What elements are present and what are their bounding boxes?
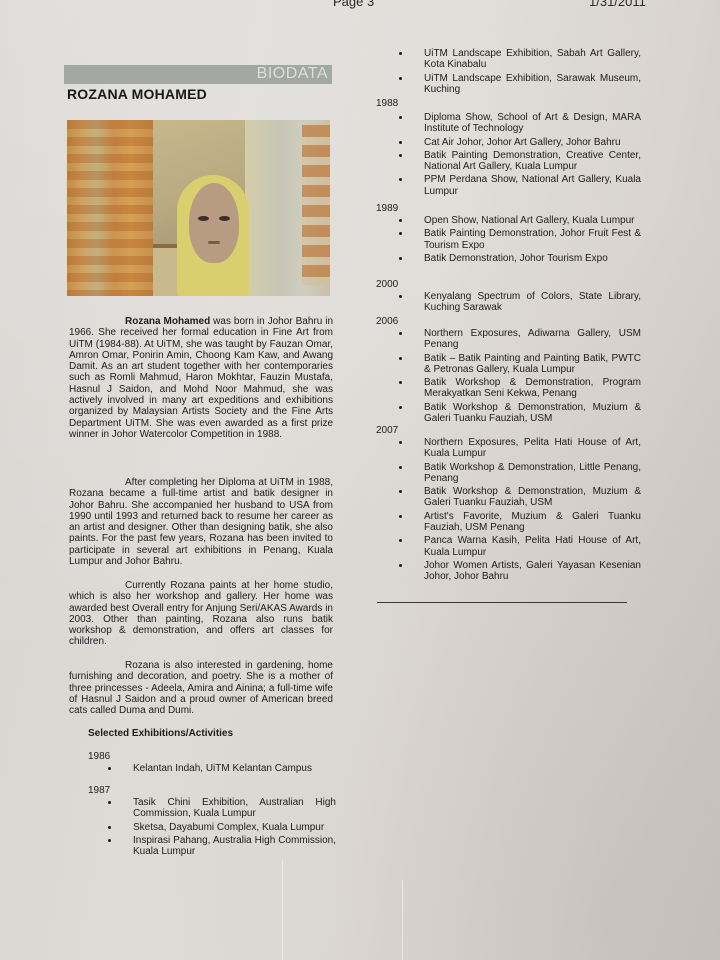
exhibition-item: UiTM Landscape Exhibition, Sarawak Museu… — [424, 73, 641, 96]
exhibition-item: Sketsa, Dayabumi Complex, Kuala Lumpur — [133, 822, 336, 833]
print-date: 1/31/2011 — [589, 0, 646, 9]
exhibition-item: Kenyalang Spectrum of Colors, State Libr… — [424, 291, 641, 314]
exhibition-item: Johor Women Artists, Galeri Yayasan Kese… — [424, 560, 641, 583]
exhibition-item: Inspirasi Pahang, Australia High Commiss… — [133, 835, 336, 858]
exhibitions-heading: Selected Exhibitions/Activities — [88, 728, 233, 739]
exhibition-year: 1987 — [88, 785, 110, 796]
exhibition-item: Batik Workshop & Demonstration, Muzium &… — [424, 486, 641, 509]
bio-name: Rozana Mohamed — [125, 316, 210, 327]
exhibition-items: Kenyalang Spectrum of Colors, State Libr… — [424, 291, 641, 316]
artist-name: ROZANA MOHAMED — [67, 86, 207, 102]
photo-face — [189, 183, 239, 263]
banner-label: BIODATA — [257, 65, 328, 83]
photo-curtain-left — [67, 120, 153, 296]
photo-eye — [219, 216, 230, 221]
exhibition-items: Northern Exposures, Pelita Hati House of… — [424, 437, 641, 585]
exhibition-item: UiTM Landscape Exhibition, Sabah Art Gal… — [424, 48, 641, 71]
exhibition-item: Artist's Favorite, Muzium & Galeri Tuank… — [424, 511, 641, 534]
exhibition-item: Northern Exposures, Pelita Hati House of… — [424, 437, 641, 460]
exhibition-item: Open Show, National Art Gallery, Kuala L… — [424, 215, 641, 226]
exhibition-item: Batik Demonstration, Johor Tourism Expo — [424, 253, 641, 264]
artist-photo — [67, 120, 330, 296]
exhibition-items: Diploma Show, School of Art & Design, MA… — [424, 112, 641, 199]
exhibition-items: Northern Exposures, Adiwarna Gallery, US… — [424, 328, 641, 426]
exhibition-items: Open Show, National Art Gallery, Kuala L… — [424, 215, 641, 266]
exhibition-items: Tasik Chini Exhibition, Australian High … — [133, 797, 336, 859]
exhibition-item: Batik Workshop & Demonstration, Little P… — [424, 462, 641, 485]
exhibition-items: UiTM Landscape Exhibition, Sabah Art Gal… — [424, 48, 641, 97]
exhibition-item: Tasik Chini Exhibition, Australian High … — [133, 797, 336, 820]
section-divider — [377, 602, 627, 603]
exhibition-item: PPM Perdana Show, National Art Gallery, … — [424, 174, 641, 197]
exhibition-item: Panca Warna Kasih, Pelita Hati House of … — [424, 535, 641, 558]
exhibition-item: Batik Painting Demonstration, Creative C… — [424, 150, 641, 173]
exhibition-year: 2006 — [376, 316, 398, 327]
bio-text: Currently Rozana paints at her home stud… — [69, 580, 333, 648]
exhibition-item: Batik Workshop & Demonstration, Program … — [424, 377, 641, 400]
exhibition-item: Batik Workshop & Demonstration, Muzium &… — [424, 402, 641, 425]
photo-curtain-right — [302, 125, 330, 285]
exhibition-item: Diploma Show, School of Art & Design, MA… — [424, 112, 641, 135]
exhibition-year: 1988 — [376, 98, 398, 109]
paper-crease — [402, 880, 403, 960]
page-number: Page 3 — [333, 0, 374, 9]
exhibition-item: Batik Painting Demonstration, Johor Frui… — [424, 228, 641, 251]
exhibition-items: Kelantan Indah, UiTM Kelantan Campus — [133, 763, 336, 776]
exhibition-year: 2000 — [376, 279, 398, 290]
photo-eye — [198, 216, 209, 221]
exhibition-item: Kelantan Indah, UiTM Kelantan Campus — [133, 763, 336, 774]
paper-crease — [282, 860, 283, 960]
bio-paragraph-4: Rozana is also interested in gardening, … — [69, 660, 333, 716]
exhibition-item: Northern Exposures, Adiwarna Gallery, US… — [424, 328, 641, 351]
bio-text: was born in Johor Bahru in 1966. She rec… — [69, 316, 333, 440]
exhibition-year: 2007 — [376, 425, 398, 436]
photo-mouth — [208, 241, 220, 244]
exhibition-item: Batik – Batik Painting and Painting Bati… — [424, 353, 641, 376]
bio-paragraph-2: After completing her Diploma at UiTM in … — [69, 477, 333, 567]
bio-text: Rozana is also interested in gardening, … — [69, 660, 333, 716]
bio-paragraph-3: Currently Rozana paints at her home stud… — [69, 580, 333, 648]
bio-paragraph-1: Rozana Mohamed was born in Johor Bahru i… — [69, 316, 333, 440]
exhibition-item: Cat Air Johor, Johor Art Gallery, Johor … — [424, 137, 641, 148]
exhibition-year: 1989 — [376, 203, 398, 214]
exhibition-year: 1986 — [88, 751, 110, 762]
biodata-banner: BIODATA — [64, 65, 332, 84]
bio-text: After completing her Diploma at UiTM in … — [69, 477, 333, 567]
